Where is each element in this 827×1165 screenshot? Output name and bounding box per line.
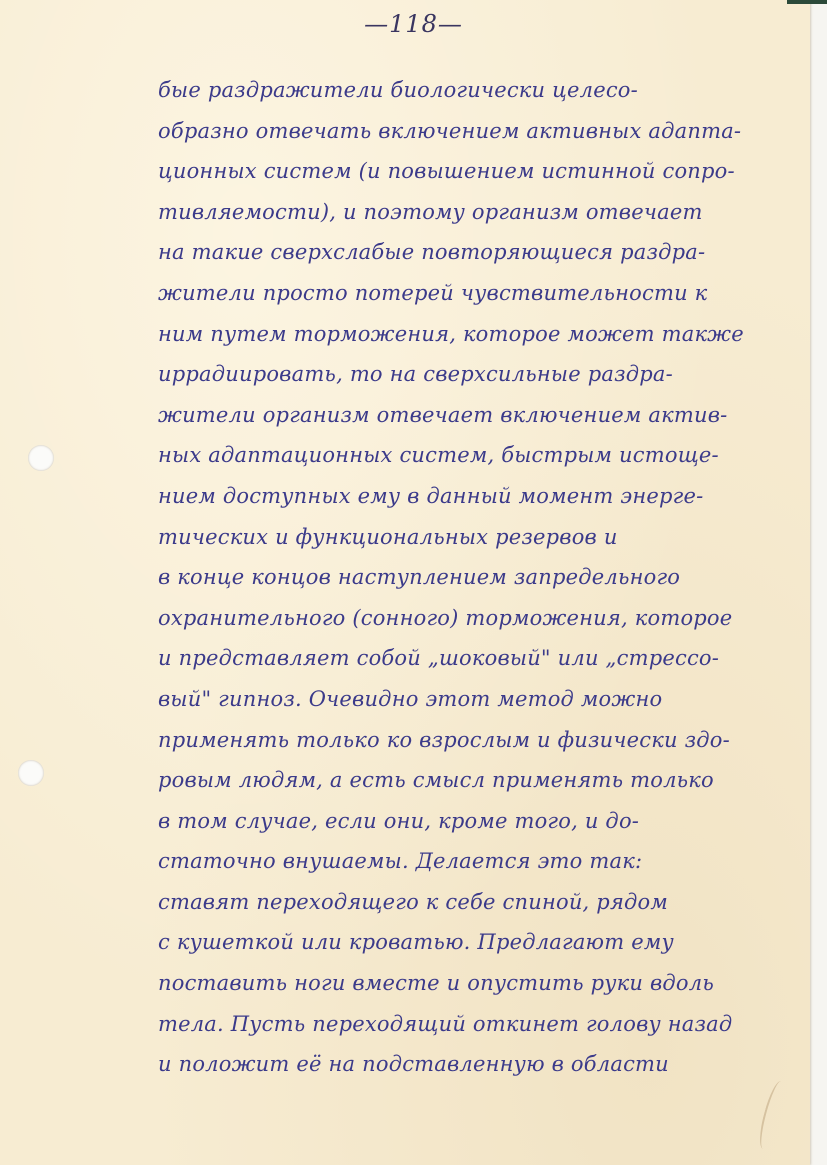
text-line: ровым людям, а есть смысл применять толь… xyxy=(158,760,798,801)
text-line: тивляемости), и поэтому организм отвечае… xyxy=(158,192,798,233)
text-line: в том случае, если они, кроме того, и до… xyxy=(158,801,798,842)
scanner-edge xyxy=(787,0,827,4)
handwritten-text: бые раздражители биологически целесо- об… xyxy=(158,70,798,1085)
text-line: иррадиировать, то на сверхсильные раздра… xyxy=(158,354,798,395)
text-line: поставить ноги вместе и опустить руки вд… xyxy=(158,963,798,1004)
paper-stain xyxy=(755,1079,789,1151)
text-line: ных адаптационных систем, быстрым истоще… xyxy=(158,435,798,476)
text-line: тических и функциональных резервов и xyxy=(158,517,798,558)
text-line: и представляет собой „шоковый" или „стре… xyxy=(158,638,798,679)
text-line: жители организм отвечает включением акти… xyxy=(158,395,798,436)
scanned-page: —118— бые раздражители биологически целе… xyxy=(0,0,827,1165)
text-line: охранительного (сонного) торможения, кот… xyxy=(158,598,798,639)
text-line: статочно внушаемы. Делается это так: xyxy=(158,841,798,882)
page-number: —118— xyxy=(0,10,827,38)
text-line: применять только ко взрослым и физически… xyxy=(158,720,798,761)
text-line: с кушеткой или кроватью. Предлагают ему xyxy=(158,922,798,963)
text-line: образно отвечать включением активных ада… xyxy=(158,111,798,152)
text-line: и положит её на подставленную в области xyxy=(158,1044,798,1085)
text-line: вый" гипноз. Очевидно этот метод можно xyxy=(158,679,798,720)
text-line: на такие сверхслабые повторяющиеся раздр… xyxy=(158,232,798,273)
text-line: ставят переходящего к себе спиной, рядом xyxy=(158,882,798,923)
punch-hole xyxy=(18,760,44,786)
text-line: жители просто потерей чувствительности к xyxy=(158,273,798,314)
text-line: бые раздражители биологически целесо- xyxy=(158,70,798,111)
text-line: ционных систем (и повышением истинной со… xyxy=(158,151,798,192)
text-line: нием доступных ему в данный момент энерг… xyxy=(158,476,798,517)
punch-hole xyxy=(28,445,54,471)
text-line: в конце концов наступлением запредельног… xyxy=(158,557,798,598)
text-line: тела. Пусть переходящий откинет голову н… xyxy=(158,1004,798,1045)
text-line: ним путем торможения, которое может такж… xyxy=(158,314,798,355)
